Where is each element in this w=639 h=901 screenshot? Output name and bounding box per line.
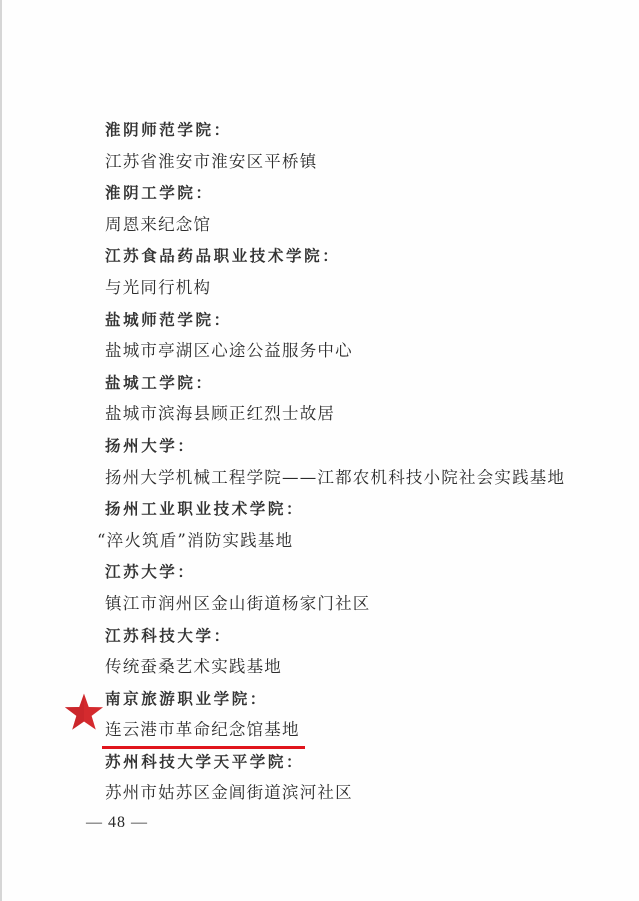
- school-name: 苏州科技大学天平学院：: [105, 746, 565, 778]
- practice-base: 镇江市润州区金山街道杨家门社区: [105, 588, 565, 620]
- school-name: 江苏大学：: [105, 556, 565, 588]
- red-star-icon: [64, 692, 104, 732]
- practice-base: 江苏省淮安市淮安区平桥镇: [105, 146, 565, 178]
- school-name: 淮阴师范学院：: [105, 114, 565, 146]
- practice-base: 盐城市亭湖区心途公益服务中心: [105, 335, 565, 367]
- practice-base: “淬火筑盾”消防实践基地: [97, 525, 565, 557]
- school-name: 盐城师范学院：: [105, 304, 565, 336]
- school-name: 扬州大学：: [105, 430, 565, 462]
- document-page: 淮阴师范学院： 江苏省淮安市淮安区平桥镇 淮阴工学院： 周恩来纪念馆 江苏食品药…: [0, 0, 639, 901]
- practice-base: 与光同行机构: [105, 272, 565, 304]
- highlighted-base-name: 连云港市革命纪念馆基地: [105, 720, 300, 739]
- page-number: — 48 —: [86, 814, 148, 832]
- school-name: 扬州工业职业技术学院：: [105, 493, 565, 525]
- school-name: 淮阴工学院：: [105, 177, 565, 209]
- practice-base: 苏州市姑苏区金阊街道滨河社区: [105, 777, 565, 809]
- entry-list: 淮阴师范学院： 江苏省淮安市淮安区平桥镇 淮阴工学院： 周恩来纪念馆 江苏食品药…: [105, 114, 565, 809]
- highlighted-text: 连云港市革命纪念馆基地: [105, 714, 300, 746]
- practice-base: 传统蚕桑艺术实践基地: [105, 651, 565, 683]
- school-name-highlighted: 南京旅游职业学院：: [105, 683, 565, 715]
- practice-base-highlighted: 连云港市革命纪念馆基地: [105, 714, 565, 746]
- red-underline: [102, 746, 305, 749]
- school-name: 盐城工学院：: [105, 367, 565, 399]
- school-name: 江苏食品药品职业技术学院：: [105, 240, 565, 272]
- school-name: 江苏科技大学：: [105, 620, 565, 652]
- practice-base: 周恩来纪念馆: [105, 209, 565, 241]
- practice-base: 盐城市滨海县顾正红烈士故居: [105, 398, 565, 430]
- practice-base: 扬州大学机械工程学院——江都农机科技小院社会实践基地: [105, 462, 565, 494]
